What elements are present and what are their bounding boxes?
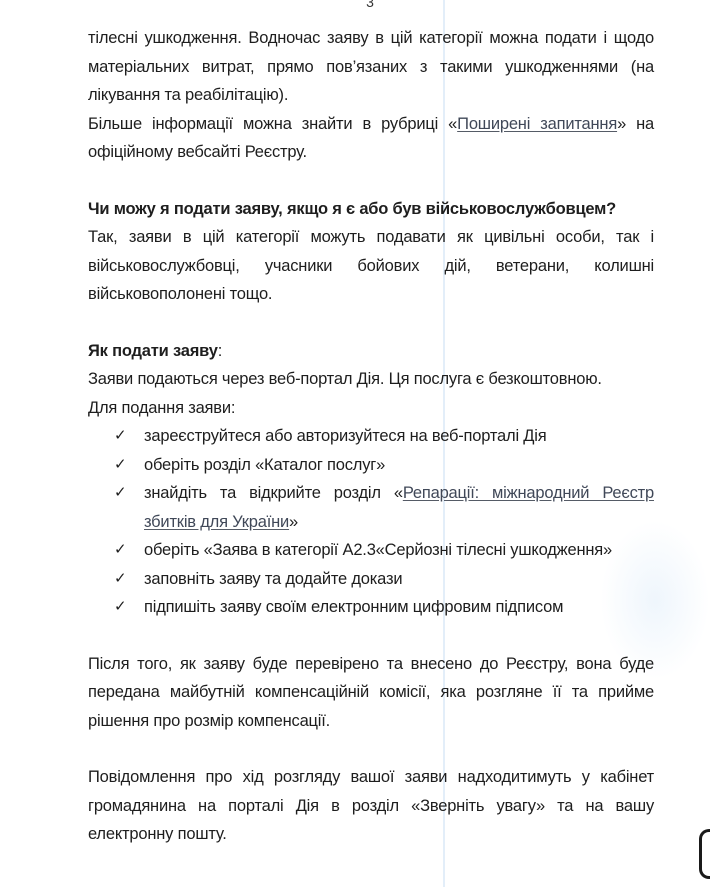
list-item: ✓ оберіть розділ «Каталог послуг» xyxy=(114,451,654,480)
checkmark-icon: ✓ xyxy=(114,479,126,508)
list-item: ✓ знайдіть та відкрийте розділ «Репараці… xyxy=(114,479,654,536)
faq-link[interactable]: Поширені запитання xyxy=(457,115,617,133)
military-paragraph: Так, заяви в цій категорії можуть подава… xyxy=(88,223,654,309)
list-item: ✓ заповніть заяву та додайте докази xyxy=(114,565,654,594)
list-item: ✓ оберіть «Заява в категорії А2.3«Серйоз… xyxy=(114,536,654,565)
how-to-line-2: Для подання заяви: xyxy=(88,394,654,423)
notifications-paragraph: Повідомлення про хід розгляду вашої заяв… xyxy=(88,763,654,849)
more-info-paragraph: Більше інформації можна знайти в рубриці… xyxy=(88,110,654,167)
spacer xyxy=(88,167,654,195)
step-text: оберіть «Заява в категорії А2.3«Серйозні… xyxy=(144,541,612,559)
step-text: оберіть розділ «Каталог послуг» xyxy=(144,456,385,474)
more-info-prefix: Більше інформації можна знайти в рубриці… xyxy=(88,115,457,133)
intro-paragraph: тілесні ушкодження. Водночас заяву в цій… xyxy=(88,24,654,110)
side-panel-handle[interactable] xyxy=(699,829,710,879)
page-number: 3 xyxy=(0,0,710,10)
how-to-line-1: Заяви подаються через веб-портал Дія. Ця… xyxy=(88,365,654,394)
document-body: тілесні ушкодження. Водночас заяву в цій… xyxy=(88,24,654,849)
checkmark-icon: ✓ xyxy=(114,422,126,451)
checkmark-icon: ✓ xyxy=(114,536,126,565)
how-to-heading: Як подати заяву: xyxy=(88,337,654,366)
how-to-heading-colon: : xyxy=(218,342,222,360)
military-heading: Чи можу я подати заяву, якщо я є або був… xyxy=(88,195,654,224)
spacer xyxy=(88,735,654,763)
after-review-paragraph: Після того, як заяву буде перевірено та … xyxy=(88,650,654,736)
checkmark-icon: ✓ xyxy=(114,451,126,480)
list-item: ✓ зареєструйтеся або авторизуйтеся на ве… xyxy=(114,422,654,451)
step-text: заповніть заяву та додайте докази xyxy=(144,570,402,588)
step-text: зареєструйтеся або авторизуйтеся на веб-… xyxy=(144,427,547,445)
checkmark-icon: ✓ xyxy=(114,593,126,622)
how-to-heading-text: Як подати заяву xyxy=(88,342,218,360)
spacer xyxy=(88,309,654,337)
steps-list: ✓ зареєструйтеся або авторизуйтеся на ве… xyxy=(88,422,654,622)
checkmark-icon: ✓ xyxy=(114,565,126,594)
list-item: ✓ підпишіть заяву своїм електронним цифр… xyxy=(114,593,654,622)
step-text-suffix: » xyxy=(289,513,298,531)
step-text-prefix: знайдіть та відкрийте розділ « xyxy=(144,484,403,502)
step-text: підпишіть заяву своїм електронним цифров… xyxy=(144,598,563,616)
spacer xyxy=(88,622,654,650)
